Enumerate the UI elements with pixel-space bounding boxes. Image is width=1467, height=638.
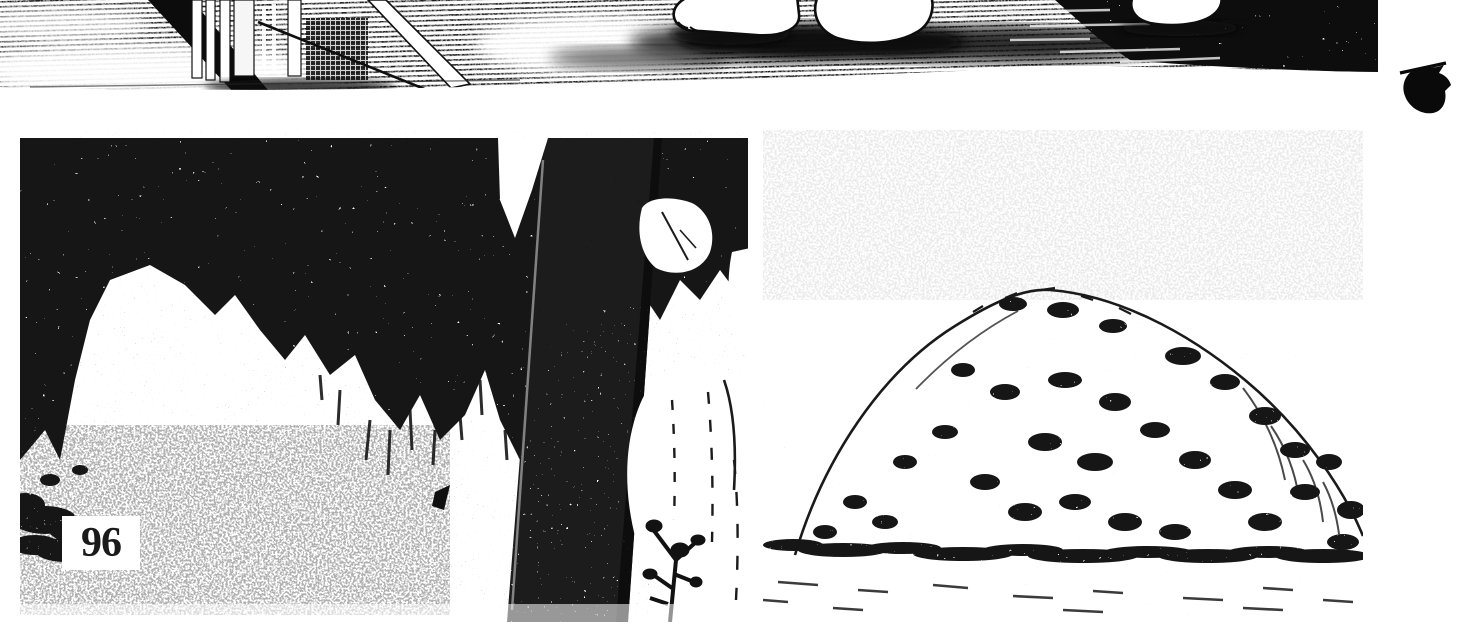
ink-blot (1398, 60, 1458, 120)
veranda-panel (0, 0, 1378, 96)
mound-panel (763, 130, 1363, 616)
bottom-fade (20, 604, 748, 622)
print-through-texture (763, 130, 1363, 300)
page-number: 96 (81, 519, 121, 567)
manga-page: 96 (0, 0, 1467, 638)
mesh-screen (306, 18, 368, 80)
page-number-plate: 96 (62, 516, 140, 570)
tree-photo-panel: 96 (20, 130, 748, 622)
